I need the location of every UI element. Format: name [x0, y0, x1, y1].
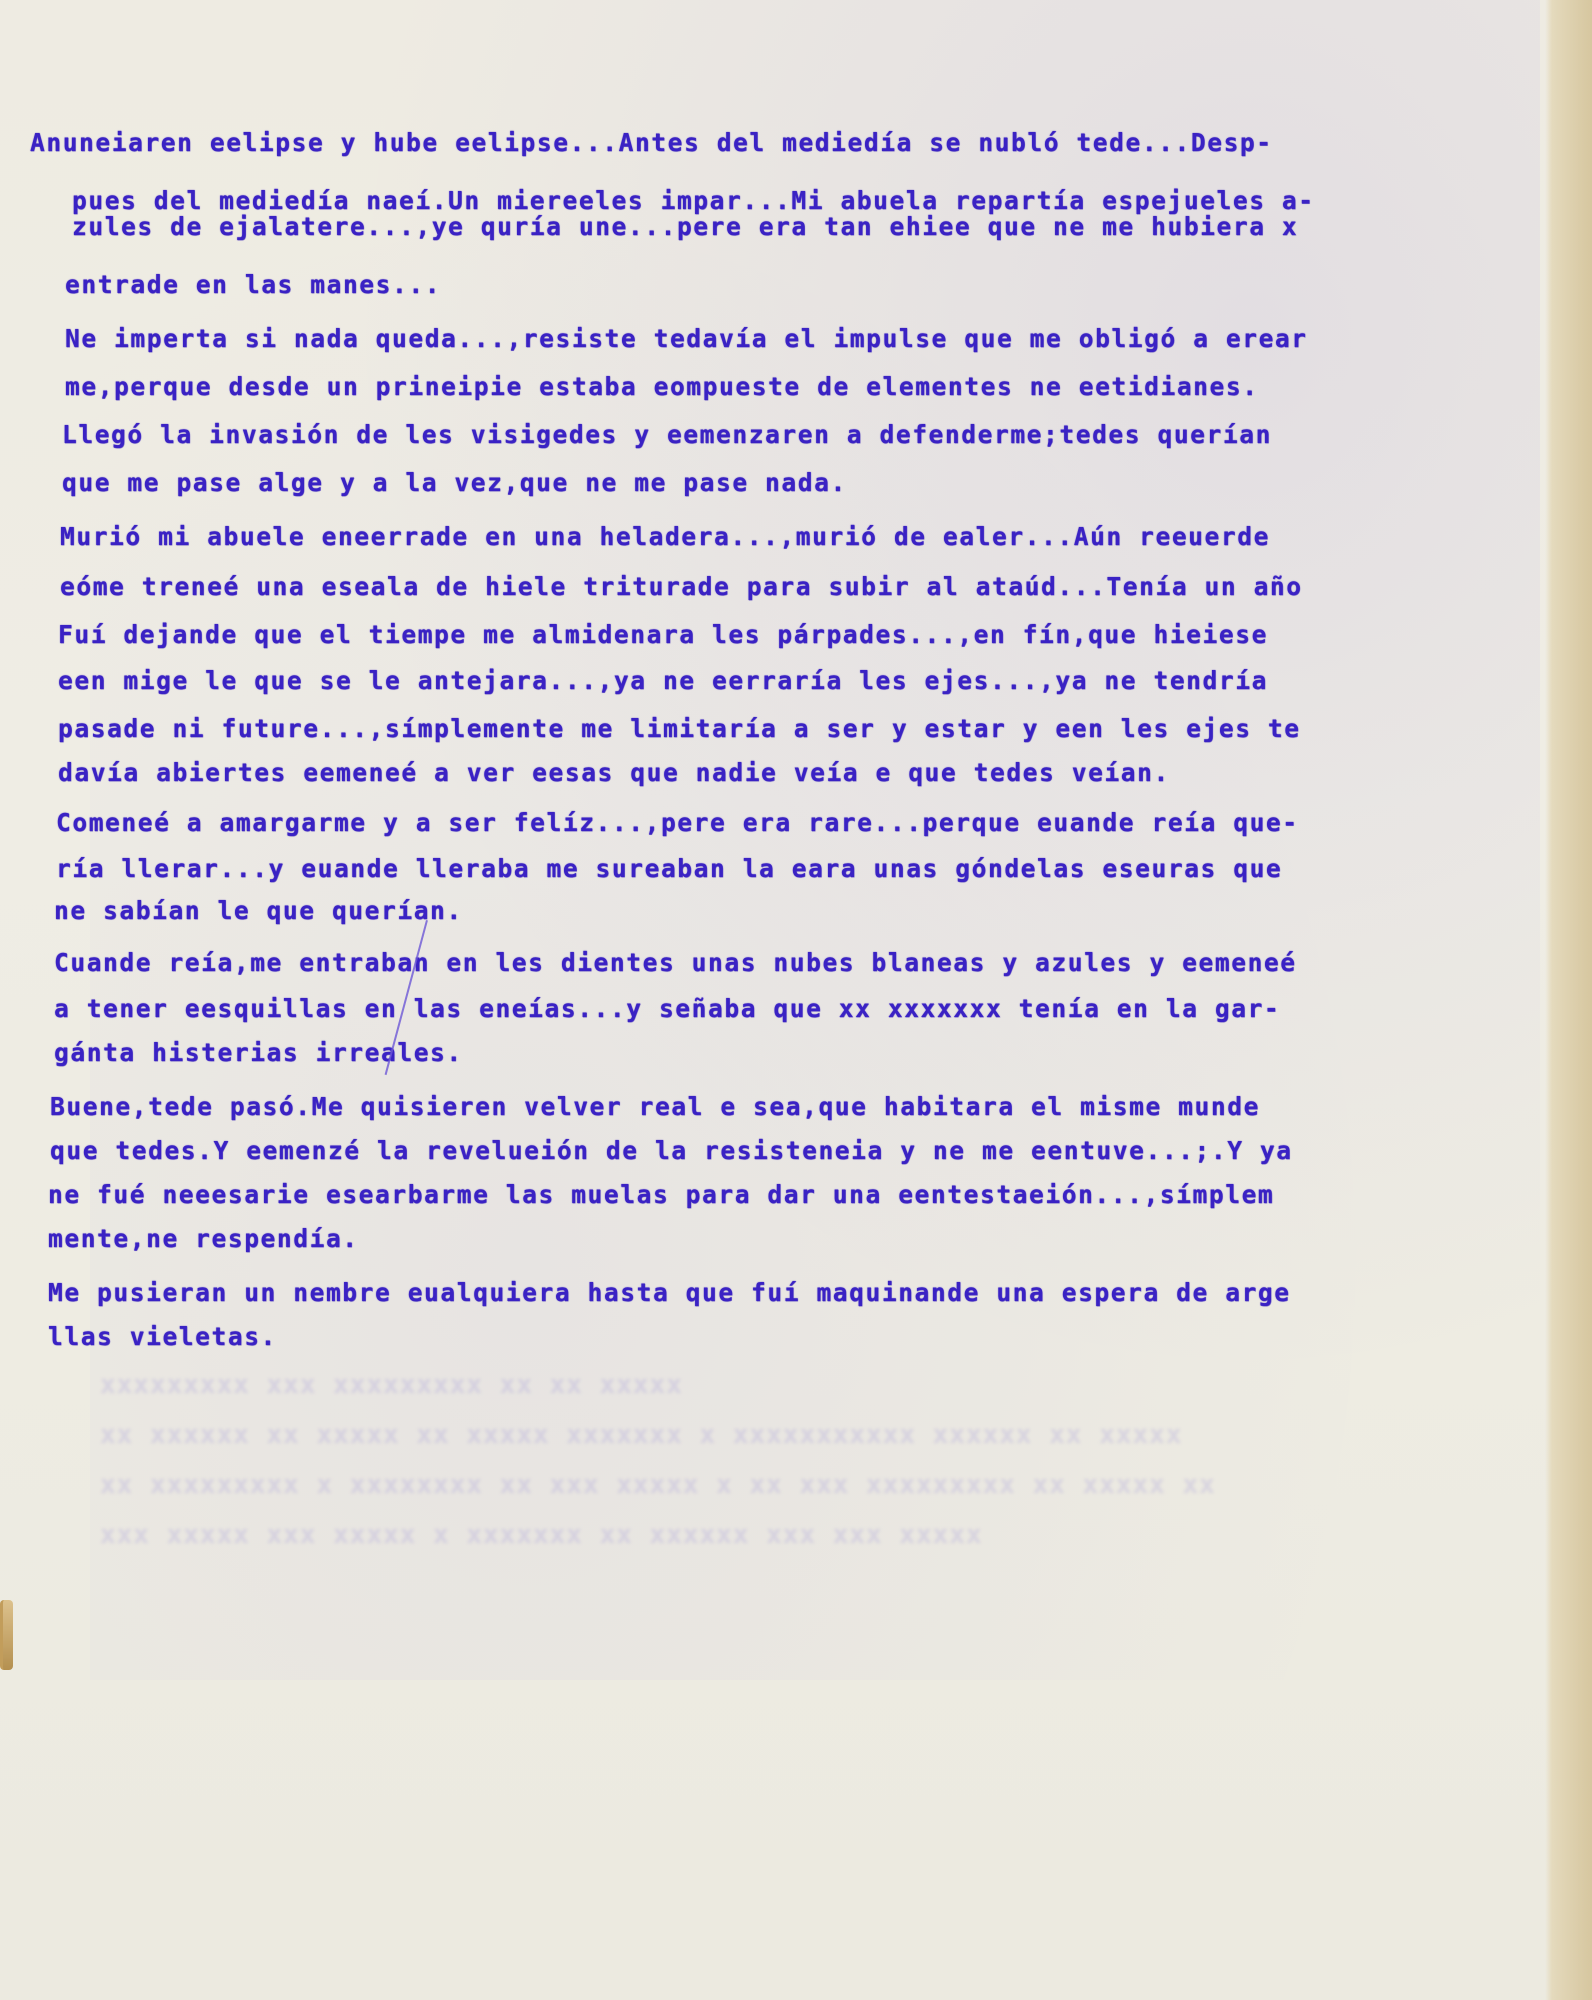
bleed-through-line: xx xxxxxxxxx x xxxxxxxx xx xxx xxxxx x x… [100, 1460, 1550, 1510]
text-line: me,perque desde un prineipie estaba eomp… [65, 372, 1259, 401]
text-line: Comeneé a amargarme y a ser felíz...,per… [56, 808, 1299, 837]
text-line: Cuande reía,me entraban en les dientes u… [54, 948, 1297, 977]
text-line: llas vieletas. [48, 1322, 277, 1351]
text-line: Murió mi abuele eneerrade en una helader… [60, 522, 1270, 551]
text-line: pues del mediedía naeí.Un miereeles impa… [72, 186, 1315, 215]
bleed-through-line: xxx xxxxx xxx xxxxx x xxxxxxx xx xxxxxx … [100, 1510, 1550, 1560]
bleed-through-line: xx xxxxxx xx xxxxx xx xxxxx xxxxxxx x xx… [100, 1410, 1550, 1460]
paper-page: xxxxxxxxx xxx xxxxxxxxx xx xx xxxxxxx xx… [0, 0, 1592, 2000]
paper-edge [1547, 0, 1592, 2000]
text-line: een mige le que se le antejara...,ya ne … [58, 666, 1268, 695]
text-line: Fuí dejande que el tiempe me almidenara … [58, 620, 1268, 649]
text-line: pasade ni future...,símplemente me limit… [58, 714, 1301, 743]
text-line: ne fué neeesarie esearbarme las muelas p… [48, 1180, 1274, 1209]
text-line: Anuneiaren eelipse y hube eelipse...Ante… [30, 128, 1273, 157]
text-line: entrade en las manes... [65, 270, 441, 299]
text-line: Buene,tede pasó.Me quisieren velver real… [50, 1092, 1260, 1121]
text-line: que tedes.Y eemenzé la revelueión de la … [50, 1136, 1293, 1165]
text-line: gánta histerias irreales. [54, 1038, 463, 1067]
bleed-through-line: xxxxxxxxx xxx xxxxxxxxx xx xx xxxxx [100, 1360, 1550, 1410]
staple [0, 1600, 13, 1670]
text-line: zules de ejalatere...,ye quría une...per… [72, 212, 1298, 241]
text-line: eóme treneé una eseala de hiele triturad… [60, 572, 1303, 601]
text-line: que me pase alge y a la vez,que ne me pa… [62, 468, 847, 497]
text-line: davía abiertes eemeneé a ver eesas que n… [58, 758, 1170, 787]
text-line: Llegó la invasión de les visigedes y eem… [62, 420, 1272, 449]
bleed-through-text: xxxxxxxxx xxx xxxxxxxxx xx xx xxxxxxx xx… [100, 1360, 1550, 1560]
text-line: ne sabían le que querían. [54, 896, 463, 925]
text-line: ría llerar...y euande lleraba me sureaba… [56, 854, 1282, 883]
text-line: Me pusieran un nembre eualquiera hasta q… [48, 1278, 1291, 1307]
text-line: Ne imperta si nada queda...,resiste teda… [65, 324, 1308, 353]
text-line: a tener eesquillas en las eneías...y señ… [54, 994, 1280, 1023]
text-line: mente,ne respendía. [48, 1224, 359, 1253]
